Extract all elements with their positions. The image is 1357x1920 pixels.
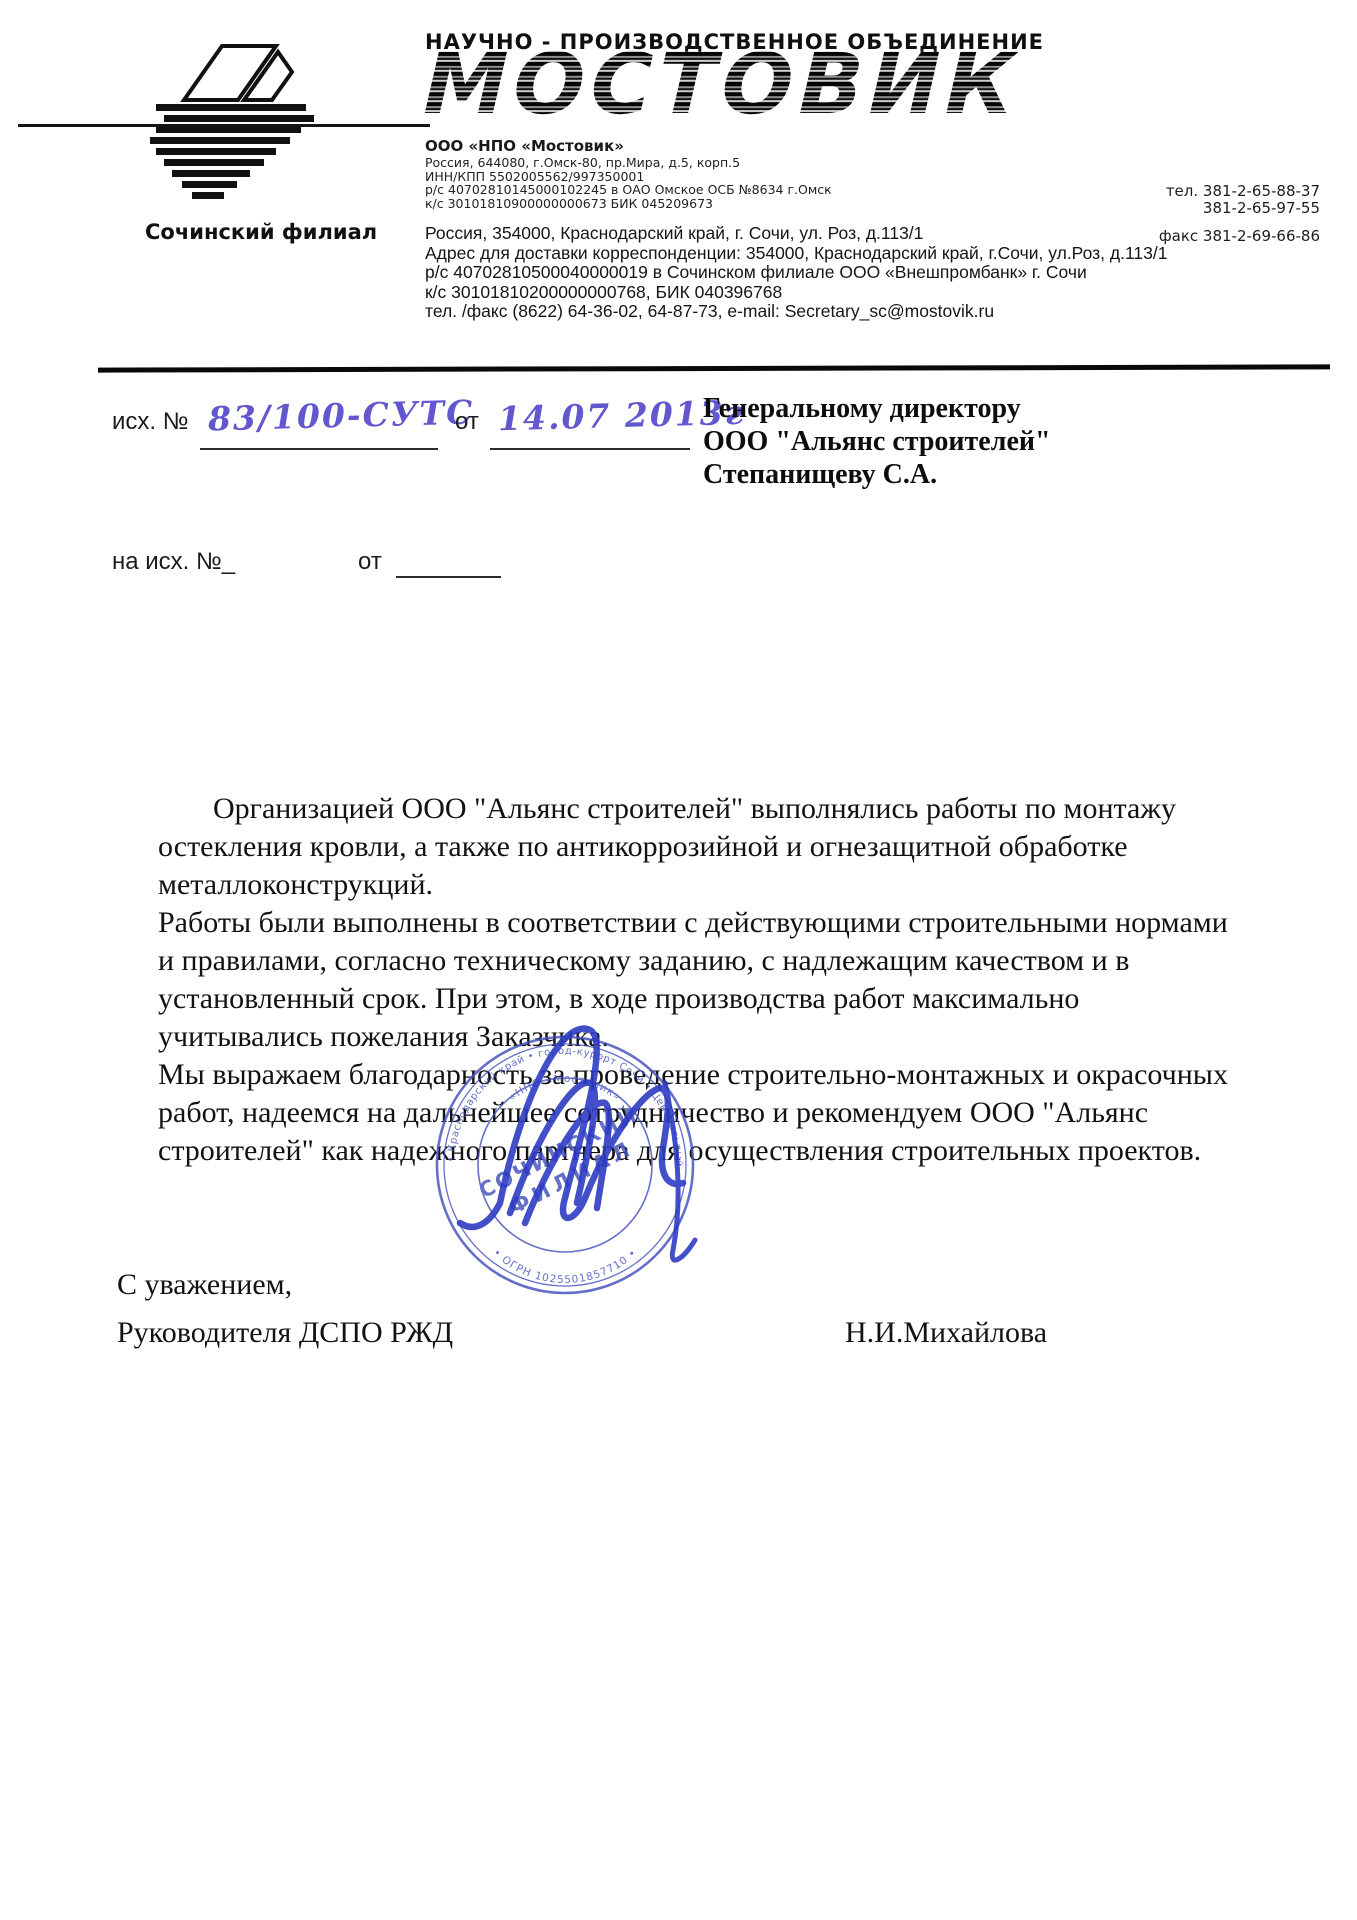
company-phone-2: 381-2-65-97-55 bbox=[1159, 200, 1320, 217]
company-corr-account: к/с 30101810900000000673 БИК 045209673 bbox=[425, 197, 832, 211]
addressee-position: Генеральному директору bbox=[703, 392, 1051, 425]
separator-rule bbox=[98, 364, 1330, 372]
closing-position: Руководителя ДСПО РЖД bbox=[117, 1316, 453, 1350]
incoming-ref-label: на исх. №_ bbox=[112, 548, 235, 576]
branch-title: Сочинский филиал bbox=[145, 220, 377, 244]
addressee-company: ООО "Альянс строителей" bbox=[703, 425, 1051, 458]
company-inn-kpp: ИНН/КПП 5502005562/997350001 bbox=[425, 170, 832, 184]
branch-account: р/с 40702810500040000019 в Сочинском фил… bbox=[425, 263, 1167, 283]
company-details: ООО «НПО «Мостовик» Россия, 644080, г.Ом… bbox=[425, 137, 832, 210]
branch-mail-address: Адрес для доставки корреспонденции: 3540… bbox=[425, 244, 1167, 264]
company-fax: факс 381-2-69-66-86 bbox=[1159, 228, 1320, 245]
mostovik-logo-icon bbox=[126, 38, 364, 206]
signature bbox=[415, 988, 760, 1288]
outgoing-ref-label: исх. № bbox=[112, 408, 189, 436]
outgoing-ref-from-label: от bbox=[455, 408, 479, 436]
company-name: ООО «НПО «Мостовик» bbox=[425, 137, 832, 156]
branch-address: Россия, 354000, Краснодарский край, г. С… bbox=[425, 224, 1167, 244]
incoming-ref-from-label: от bbox=[358, 548, 382, 576]
incoming-ref-underline bbox=[396, 576, 501, 578]
company-account: р/с 40702810145000102245 в ОАО Омское ОС… bbox=[425, 183, 832, 197]
body-paragraph-1: Организацией ООО "Альянс строителей" вып… bbox=[158, 790, 1230, 904]
closing-name: Н.И.Михайлова bbox=[845, 1316, 1047, 1350]
company-phones: тел. 381-2-65-88-37 381-2-65-97-55 факс … bbox=[1159, 183, 1320, 245]
branch-details: Россия, 354000, Краснодарский край, г. С… bbox=[425, 224, 1167, 322]
company-address: Россия, 644080, г.Омск-80, пр.Мира, д.5,… bbox=[425, 156, 832, 170]
outgoing-ref-date-underline bbox=[490, 448, 690, 450]
branch-corr-account: к/с 30101810200000000768, БИК 040396768 bbox=[425, 283, 1167, 303]
closing-regards: С уважением, bbox=[117, 1268, 292, 1302]
addressee-block: Генеральному директору ООО "Альянс строи… bbox=[703, 392, 1051, 491]
outgoing-ref-number-handwritten: 83/100-СУТС bbox=[208, 393, 475, 439]
branch-contacts: тел. /факс (8622) 64-36-02, 64-87-73, e-… bbox=[425, 302, 1167, 322]
addressee-name: Степанищеву С.А. bbox=[703, 458, 1051, 491]
header-rule-thin bbox=[18, 124, 430, 127]
letter-page: НАУЧНО - ПРОИЗВОДСТВЕННОЕ ОБЪЕДИНЕНИЕ МО… bbox=[0, 0, 1357, 1920]
outgoing-ref-number-underline bbox=[200, 448, 438, 450]
logo-wordmark: МОСТОВИК bbox=[423, 42, 1022, 126]
company-phone-1: тел. 381-2-65-88-37 bbox=[1159, 183, 1320, 200]
